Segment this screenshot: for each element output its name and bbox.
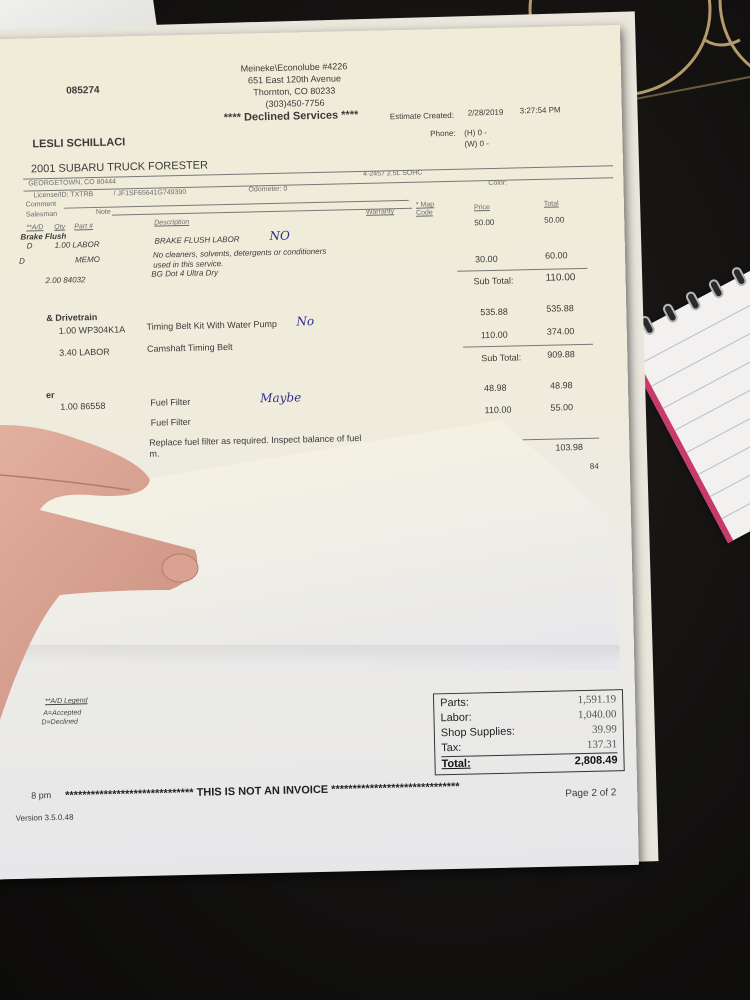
- handwritten-note: NO: [269, 229, 290, 243]
- document-type: **** Declined Services ****: [224, 109, 359, 124]
- software-version: Version 3.5.0.48: [16, 813, 74, 823]
- subtotal-value: 110.00: [545, 272, 575, 284]
- hand: [0, 400, 210, 720]
- item-ad: D: [27, 241, 33, 250]
- item-description: BG Dot 4 Ultra Dry: [151, 268, 218, 279]
- odometer: Odometer: 0: [248, 186, 287, 194]
- item-description: Timing Belt Kit With Water Pump: [146, 319, 277, 332]
- shop-supplies-value: 39.99: [592, 722, 617, 738]
- total-label: Total:: [441, 757, 470, 773]
- estimate-created-label: Estimate Created:: [390, 111, 454, 121]
- item-qty-part: 1.00 LABOR: [55, 240, 100, 250]
- labor-value: 1,040.00: [578, 707, 617, 723]
- estimate-number: 085274: [66, 85, 100, 97]
- col-total: Total: [544, 200, 559, 207]
- item-total: 48.98: [550, 380, 573, 391]
- section-title: & Drivetrain: [46, 312, 97, 323]
- vehicle: 2001 SUBARU TRUCK FORESTER: [31, 159, 208, 175]
- item-price: 535.88: [480, 307, 508, 318]
- shop-address-1: 651 East 120th Avenue: [248, 73, 341, 85]
- item-total: 374.00: [547, 326, 575, 337]
- totals-box: Parts:1,591.19 Labor:1,040.00 Shop Suppl…: [433, 689, 625, 775]
- customer-name: LESLI SCHILLACI: [32, 136, 125, 150]
- total-value: 2,808.49: [575, 753, 618, 769]
- color-label: Color:: [488, 180, 507, 187]
- item-qty-part: 3.40 LABOR: [59, 347, 110, 358]
- footer-time: 8 pm: [31, 790, 51, 800]
- col-map-code: * Map Code: [416, 201, 446, 218]
- col-description: Description: [154, 219, 189, 227]
- item-total: 535.88: [546, 303, 574, 314]
- estimate-created-date: 2/28/2019: [468, 108, 504, 118]
- item-price: 110.00: [484, 405, 511, 416]
- customer-city: GEORGETOWN, CO 80444: [28, 178, 116, 187]
- handwritten-note: No: [296, 314, 314, 328]
- shop-address-2: Thornton, CO 80233: [253, 85, 335, 97]
- col-warranty: Warranty: [366, 208, 394, 216]
- shop-name: Meineke\Econolube #4226: [241, 61, 348, 73]
- note-label: Note: [96, 209, 111, 216]
- shop-phone: (303)450-7756: [265, 98, 324, 109]
- item-price: 48.98: [484, 383, 507, 394]
- item-price: 50.00: [474, 218, 494, 227]
- col-part: Part #: [74, 223, 93, 230]
- item-total: 84: [590, 462, 599, 471]
- col-ad: **A/D: [26, 224, 43, 231]
- item-price: 30.00: [475, 254, 498, 265]
- section-title: er: [46, 390, 55, 400]
- subtotal-label: Sub Total:: [473, 276, 513, 287]
- phone-home: (H) 0 -: [464, 128, 487, 138]
- subtotal-value: 909.88: [547, 349, 575, 360]
- item-total: 50.00: [544, 215, 564, 224]
- col-price: Price: [474, 204, 490, 211]
- license-id: License/ID: TXTRB: [33, 191, 93, 199]
- parts-label: Parts:: [440, 696, 469, 712]
- phone-label: Phone:: [430, 129, 456, 139]
- phone-work: (W) 0 -: [464, 139, 489, 149]
- item-qty-part: MEMO: [75, 255, 100, 265]
- subtotal-label: Sub Total:: [481, 352, 521, 363]
- item-ad: D: [19, 257, 25, 266]
- labor-label: Labor:: [440, 711, 472, 727]
- item-total: 60.00: [545, 250, 568, 261]
- item-qty-part: 1.00 WP304K1A: [59, 324, 126, 336]
- subtotal-value: 103.98: [555, 442, 583, 453]
- tax-value: 137.31: [587, 737, 618, 753]
- item-qty-part: 2.00 84032: [45, 275, 85, 285]
- page-number: Page 2 of 2: [565, 787, 616, 799]
- salesman-label: Salesman: [26, 211, 57, 219]
- handwritten-note: Maybe: [260, 390, 301, 405]
- item-description: BRAKE FLUSH LABOR: [155, 235, 240, 246]
- item-description: Camshaft Timing Belt: [147, 342, 233, 354]
- not-invoice-banner: ****************************** THIS IS N…: [65, 781, 460, 802]
- engine: 4-2457 2.5L SOHC: [363, 170, 422, 178]
- vin: / JF1SF65641G749390: [113, 189, 186, 198]
- item-description: No cleaners, solvents, detergents or con…: [153, 247, 327, 260]
- item-total: 55.00: [550, 402, 573, 413]
- col-qty: Qty: [54, 224, 65, 231]
- comment-label: Comment: [26, 201, 56, 209]
- tax-label: Tax:: [441, 741, 462, 756]
- estimate-created-time: 3:27:54 PM: [520, 105, 561, 115]
- shop-supplies-label: Shop Supplies:: [441, 725, 515, 742]
- item-price: 110.00: [481, 330, 508, 341]
- parts-value: 1,591.19: [577, 692, 616, 708]
